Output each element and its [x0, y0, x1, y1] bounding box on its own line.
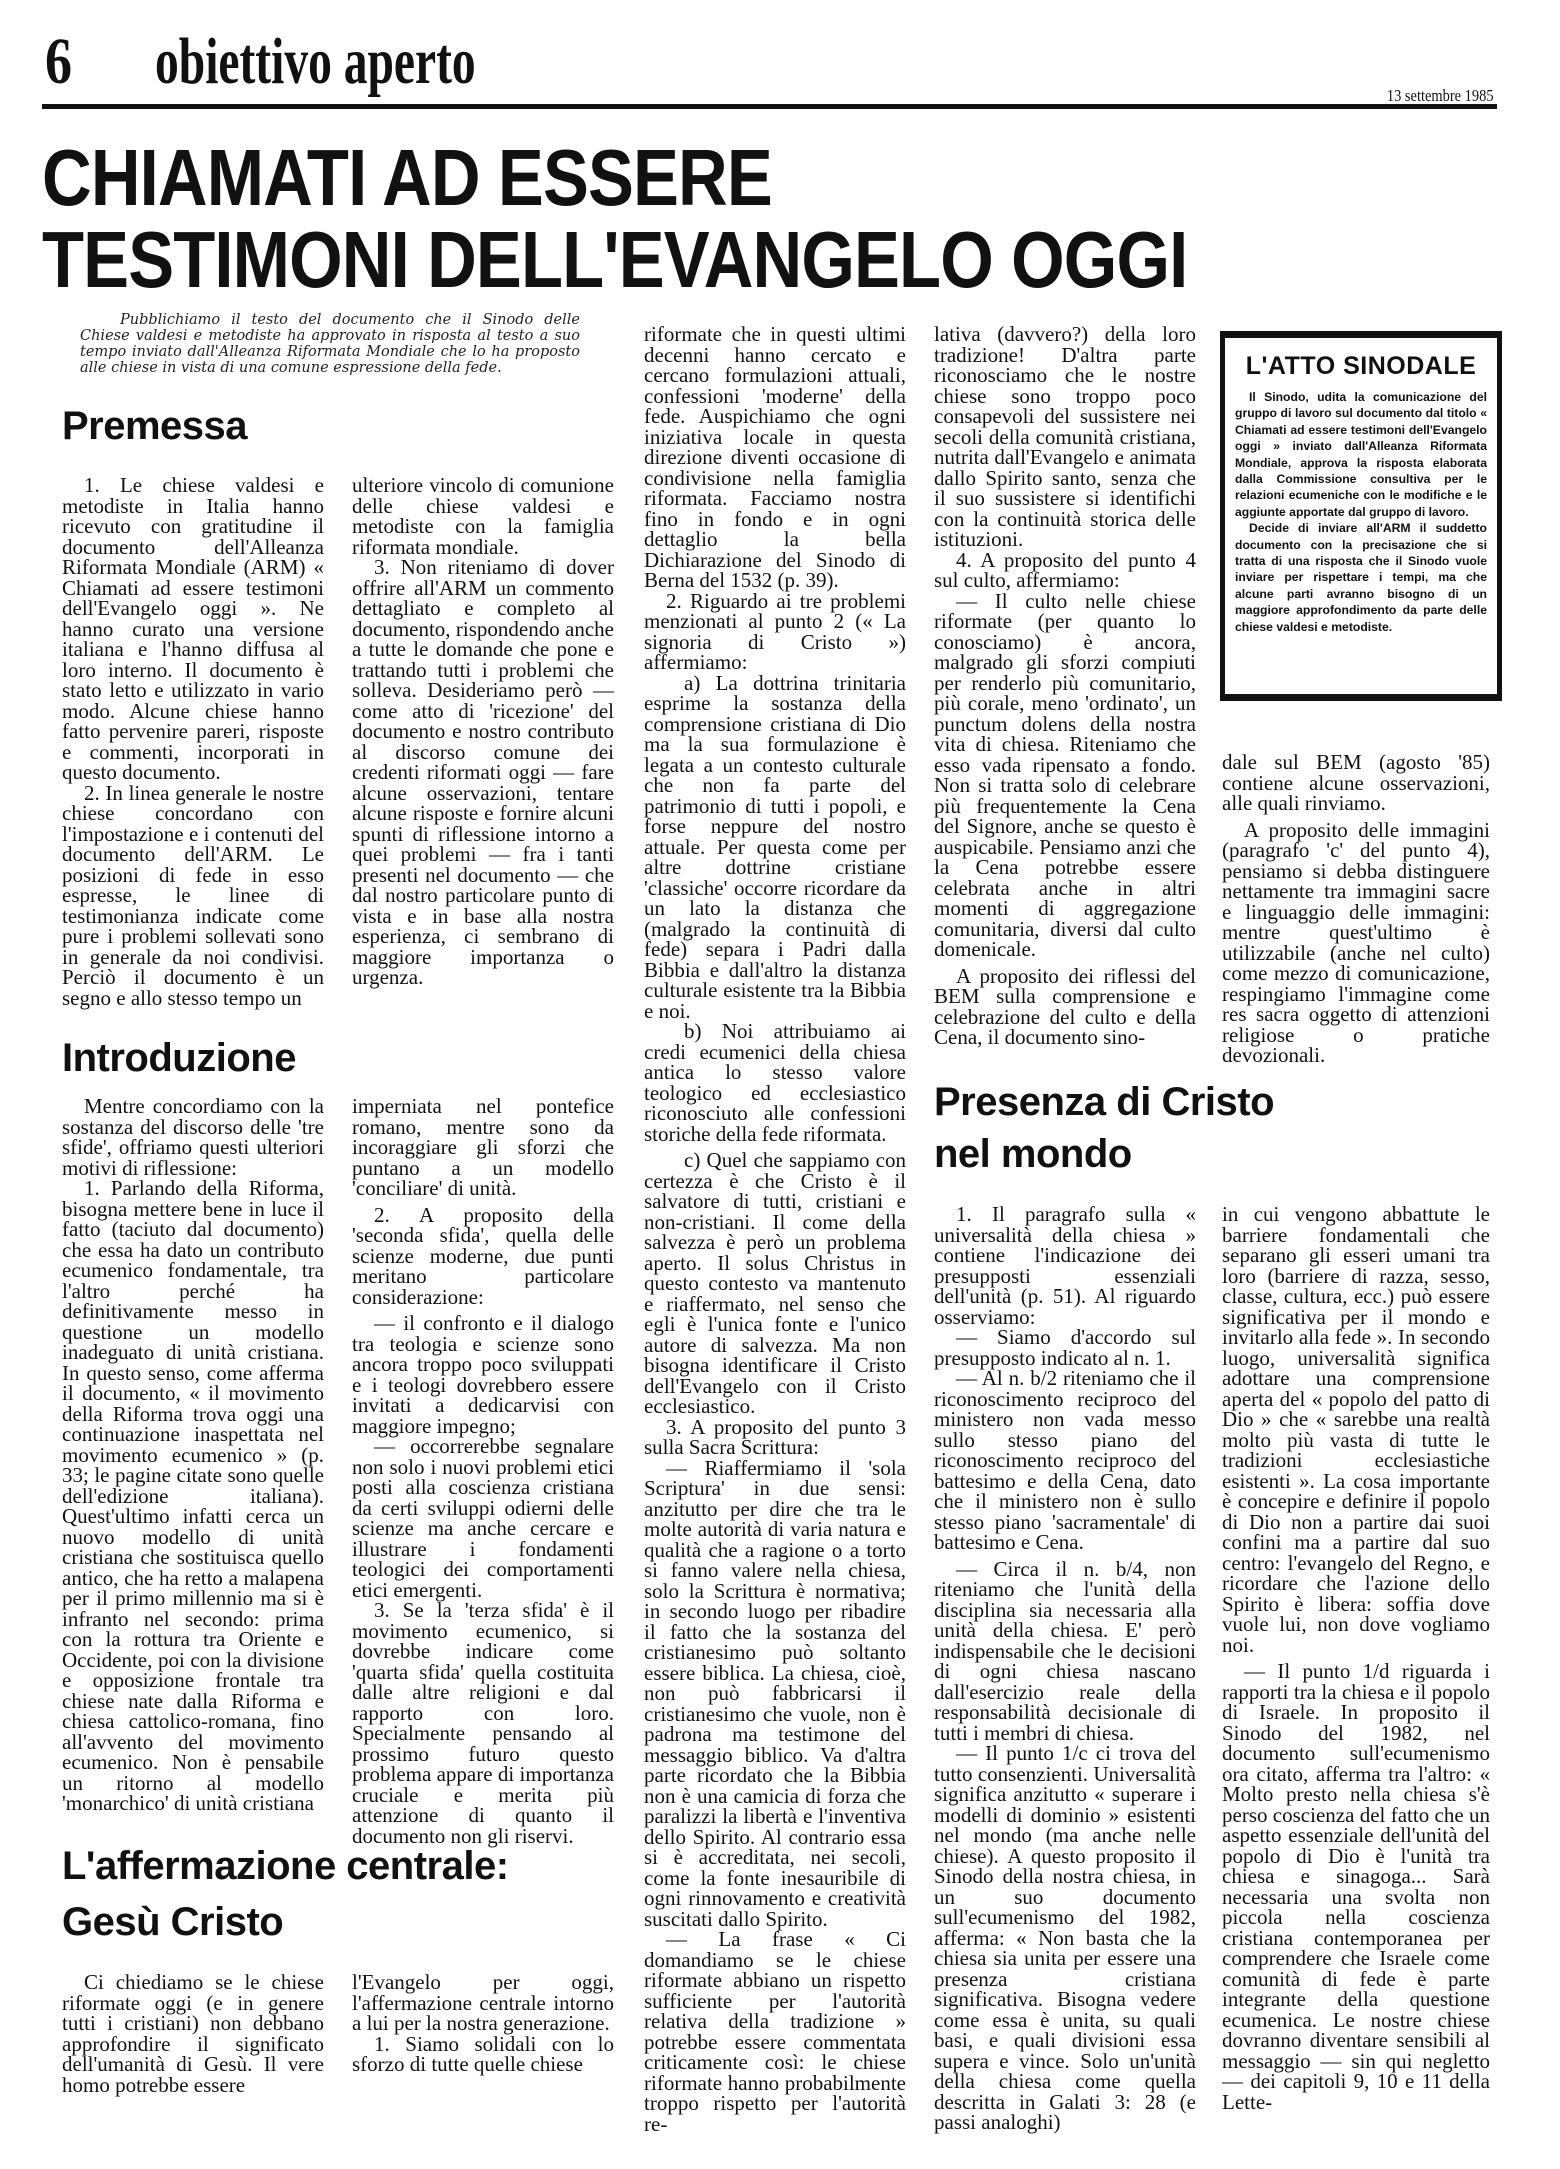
column-presenza-2: in cui vengono abbattute le barriere fon…: [1222, 1204, 1490, 2112]
paragraph: — La frase « Ci domandiamo se le chiese …: [644, 1929, 906, 2134]
paragraph: dale sul BEM (agosto '85) contiene alcun…: [1222, 752, 1490, 814]
paragraph: — Il punto 1/d riguarda i rapporti tra l…: [1222, 1661, 1490, 2112]
paragraph: imperniata nel pontefice romano, mentre …: [352, 1096, 614, 1199]
column-introduzione-2: imperniata nel pontefice romano, mentre …: [352, 1096, 614, 1846]
paragraph: 3. Non riteniamo di dover offrire all'AR…: [352, 557, 614, 988]
paragraph: 1. Parlando della Riforma, bisogna mette…: [62, 1178, 324, 1814]
headline-line-1: CHIAMATI AD ESSERE: [42, 138, 772, 218]
sidebar-paragraph: Il Sinodo, udita la comunicazione del gr…: [1235, 389, 1487, 520]
column-premessa-1: 1. Le chiese valdesi e metodiste in Ital…: [62, 475, 324, 1008]
sidebar-paragraph: Decide di inviare all'ARM il suddetto do…: [1235, 520, 1487, 635]
heading-presenza-line-2: nel mondo: [934, 1126, 1132, 1182]
paragraph: Mentre concordiamo con la sostanza del d…: [62, 1096, 324, 1178]
column-3: riformate che in questi ultimi decenni h…: [644, 324, 906, 2134]
column-premessa-2: ulteriore vincolo di comunione delle chi…: [352, 475, 614, 988]
paragraph: 1. Le chiese valdesi e metodiste in Ital…: [62, 475, 324, 783]
heading-presenza-line-1: Presenza di Cristo: [934, 1074, 1274, 1130]
paragraph: 2. A proposito della 'seconda sfida', qu…: [352, 1205, 614, 1308]
sidebar-title: L'ATTO SINODALE: [1235, 352, 1487, 381]
paragraph: — Circa il n. b/4, non riteniamo che l'u…: [934, 1559, 1196, 1744]
paragraph: c) Quel che sappiamo con certezza è che …: [644, 1150, 906, 1417]
headline-line-2: TESTIMONI DELL'EVANGELO OGGI: [42, 220, 1187, 300]
paragraph: 1. Il paragrafo sulla « universalità del…: [934, 1204, 1196, 1327]
paragraph: ulteriore vincolo di comunione delle chi…: [352, 475, 614, 557]
section-masthead: obiettivo aperto: [155, 22, 476, 102]
paragraph: in cui vengono abbattute le barriere fon…: [1222, 1204, 1490, 1655]
paragraph: l'Evangelo per oggi, l'affermazione cent…: [352, 1972, 614, 2034]
sidebar-atto-sinodale: L'ATTO SINODALE Il Sinodo, udita la comu…: [1220, 331, 1502, 701]
issue-date: 13 settembre 1985: [1387, 86, 1494, 106]
masthead-rule: [42, 104, 1497, 109]
paragraph: — Siamo d'accordo sul presupposto indica…: [934, 1327, 1196, 1368]
heading-introduzione: Introduzione: [62, 1030, 296, 1086]
column-affermazione-1: Ci chiediamo se le chiese riformate oggi…: [62, 1972, 324, 2095]
paragraph: 2. In linea generale le nostre chiese co…: [62, 783, 324, 1009]
paragraph: — il confronto e il dialogo tra teologia…: [352, 1313, 614, 1436]
paragraph: — Il punto 1/c ci trova del tutto consen…: [934, 1743, 1196, 2133]
column-affermazione-2: l'Evangelo per oggi, l'affermazione cent…: [352, 1972, 614, 2075]
paragraph: 1. Siamo solidali con lo sforzo di tutte…: [352, 2034, 614, 2075]
heading-affermazione-line-2: Gesù Cristo: [62, 1894, 283, 1950]
paragraph: 3. A proposito del punto 3 sulla Sacra S…: [644, 1417, 906, 1458]
paragraph: 4. A proposito del punto 4 sul culto, af…: [934, 550, 1196, 591]
heading-premessa: Premessa: [62, 398, 247, 454]
paragraph: — Riaffermiamo il 'sola Scriptura' in du…: [644, 1458, 906, 1930]
column-introduzione-1: Mentre concordiamo con la sostanza del d…: [62, 1096, 324, 1814]
column-4-top: lativa (davvero?) della loro tradizione!…: [934, 324, 1196, 1048]
paragraph: b) Noi attribuiamo ai credi ecumenici de…: [644, 1021, 906, 1144]
heading-affermazione-line-1: L'affermazione centrale:: [62, 1838, 509, 1894]
paragraph: 3. Se la 'terza sfida' è il movimento ec…: [352, 1600, 614, 1846]
paragraph: A proposito delle immagini (paragrafo 'c…: [1222, 820, 1490, 1066]
paragraph: A proposito dei riflessi del BEM sulla c…: [934, 966, 1196, 1048]
page-number: 6: [45, 22, 71, 102]
column-5-top: dale sul BEM (agosto '85) contiene alcun…: [1222, 752, 1490, 1066]
paragraph: 2. Riguardo ai tre problemi menzionati a…: [644, 591, 906, 673]
paragraph: lativa (davvero?) della loro tradizione!…: [934, 324, 1196, 550]
paragraph: — occorrerebbe segnalare non solo i nuov…: [352, 1436, 614, 1600]
paragraph: — Il culto nelle chiese riformate (per q…: [934, 591, 1196, 960]
paragraph: riformate che in questi ultimi decenni h…: [644, 324, 906, 591]
paragraph: Ci chiediamo se le chiese riformate oggi…: [62, 1972, 324, 2095]
paragraph: — Al n. b/2 riteniamo che il riconoscime…: [934, 1368, 1196, 1553]
paragraph: a) La dottrina trinitaria esprime la sos…: [644, 673, 906, 1022]
intro-standfirst: Pubblichiamo il testo del documento che …: [80, 312, 580, 376]
column-presenza-1: 1. Il paragrafo sulla « universalità del…: [934, 1204, 1196, 2133]
